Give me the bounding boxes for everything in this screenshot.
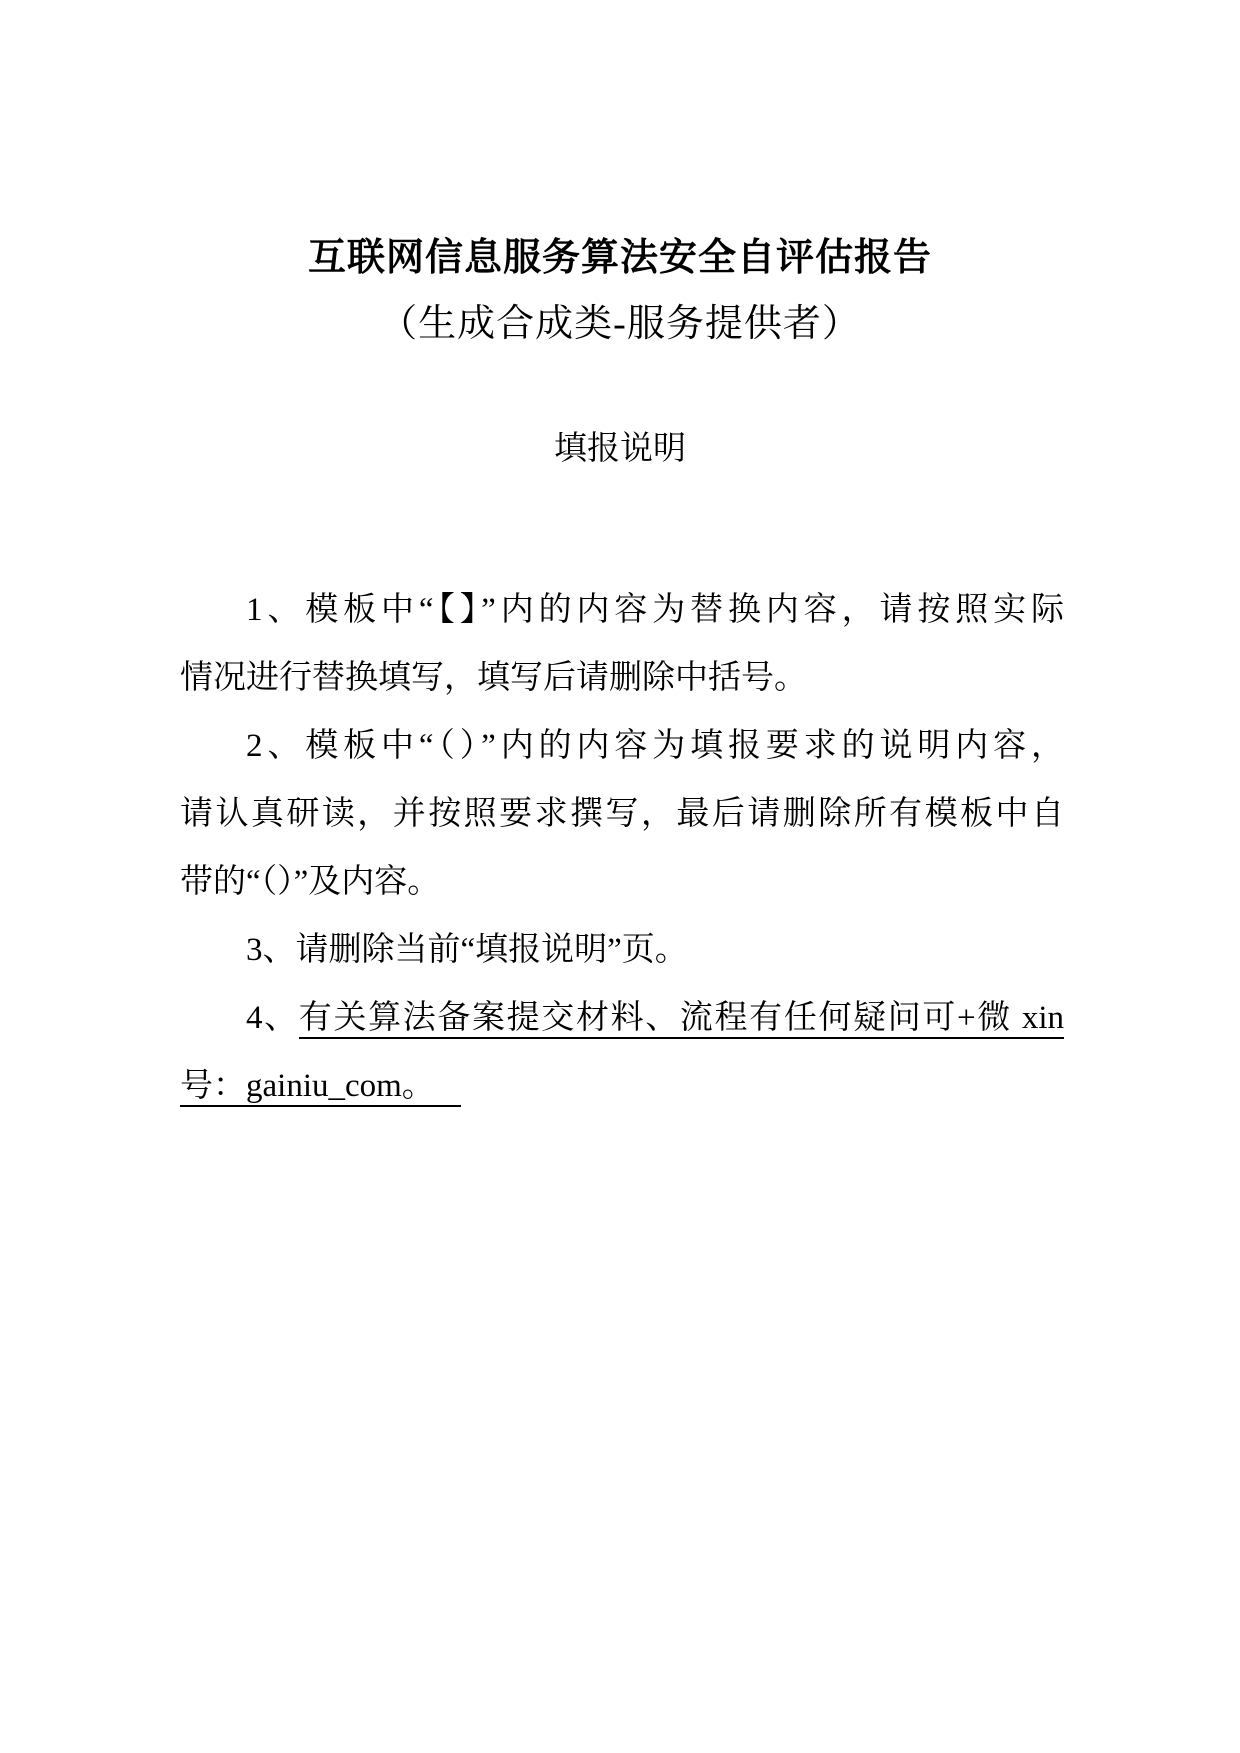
instruction-4-line-2: 号：gainiu_com。 — [180, 1052, 1064, 1120]
wechat-id-text: 号：gainiu_com。 — [180, 1068, 461, 1107]
document-subtitle: （生成合成类-服务提供者） — [0, 302, 1240, 346]
instruction-2-line-1: 2、模板中“（）”内的内容为填报要求的说明内容， — [180, 712, 1064, 780]
instruction-2-line-3: 带的“（）”及内容。 — [180, 848, 1064, 916]
document-page: 互联网信息服务算法安全自评估报告 （生成合成类-服务提供者） 填报说明 1、模板… — [0, 0, 1240, 1753]
instruction-1-line-1: 1、模板中“【】”内的内容为替换内容，请按照实际 — [180, 576, 1064, 644]
section-heading: 填报说明 — [0, 430, 1240, 468]
instruction-4-number: 4、 — [246, 1000, 299, 1036]
document-title: 互联网信息服务算法安全自评估报告 — [0, 0, 1240, 280]
instruction-4-line-1: 4、有关算法备案提交材料、流程有任何疑问可+微 xin — [180, 984, 1064, 1052]
instruction-1-line-2: 情况进行替换填写，填写后请删除中括号。 — [180, 644, 1064, 712]
instruction-4-underlined-text: 有关算法备案提交材料、流程有任何疑问可+微 xin — [299, 1000, 1064, 1039]
instruction-2-line-2: 请认真研读，并按照要求撰写，最后请删除所有模板中自 — [180, 780, 1064, 848]
instruction-3-line-1: 3、请删除当前“填报说明”页。 — [180, 916, 1064, 984]
instructions-body: 1、模板中“【】”内的内容为替换内容，请按照实际 情况进行替换填写，填写后请删除… — [180, 576, 1064, 1120]
